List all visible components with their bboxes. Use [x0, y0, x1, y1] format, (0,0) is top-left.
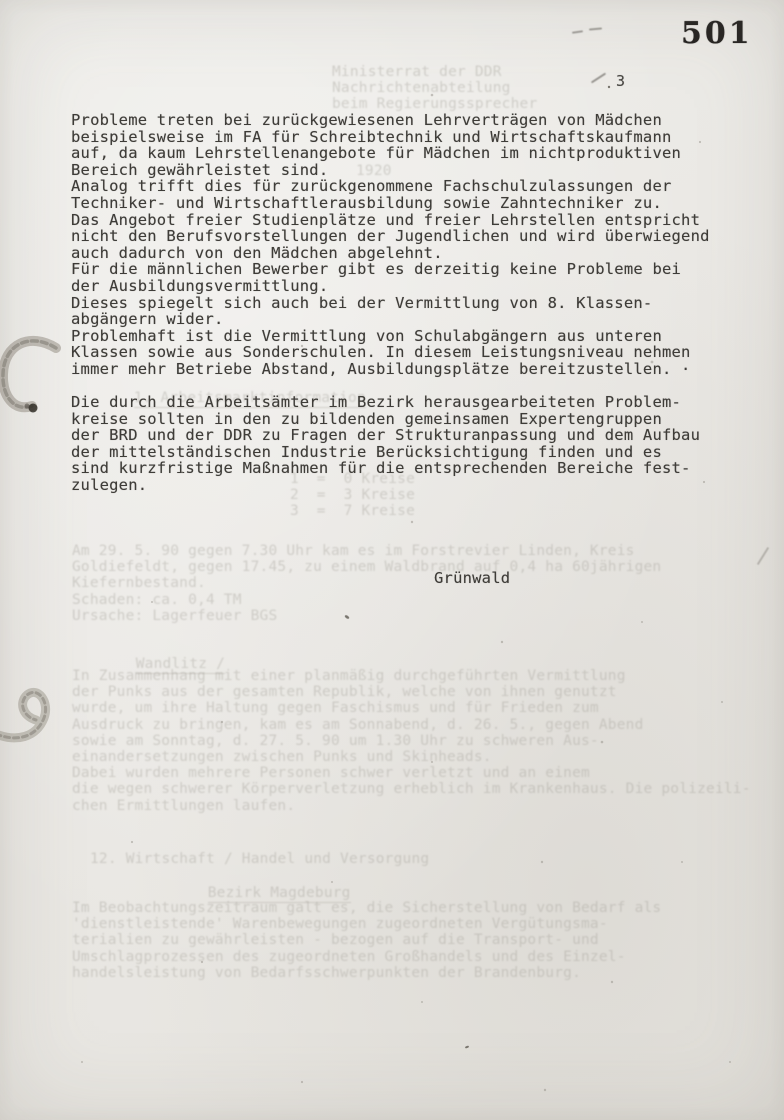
ghost-economy-paragraph: Im Beobachtungszeitraum galt es, die Sic… — [72, 900, 661, 981]
binding-thread-lower-icon — [0, 678, 80, 778]
pencil-dash-mark — [572, 30, 583, 34]
typed-paragraph-training-problems: Probleme treten bei zurückgewiesenen Leh… — [71, 112, 710, 378]
signature-name: Grünwald — [434, 570, 510, 587]
stray-slash-mark — [757, 547, 769, 565]
binding-thread-upper-icon — [0, 332, 74, 432]
ghost-incident-paragraph: In Zusammenhang mit einer planmäßig durc… — [72, 668, 751, 814]
ghost-legend-kreise: 1 = 0 Kreise 2 = 3 Kreise 3 = 7 Kreise — [290, 471, 415, 520]
pencil-dash-mark — [589, 27, 602, 30]
archive-stamp-number: 501 — [681, 16, 753, 51]
ghost-letterhead: Ministerrat der DDR Nachrichtenabteilung… — [332, 64, 537, 113]
scanned-document-page: 501 3 Ministerrat der DDR Nachrichtenabt… — [0, 0, 784, 1120]
page-number: 3 — [616, 72, 625, 90]
check-tick-mark — [591, 73, 606, 84]
ghost-section-heading: 12. Wirtschaft / Handel und Versorgung — [90, 851, 429, 867]
ghost-fire-report: Am 29. 5. 90 gegen 7.30 Uhr kam es im Fo… — [72, 543, 661, 624]
